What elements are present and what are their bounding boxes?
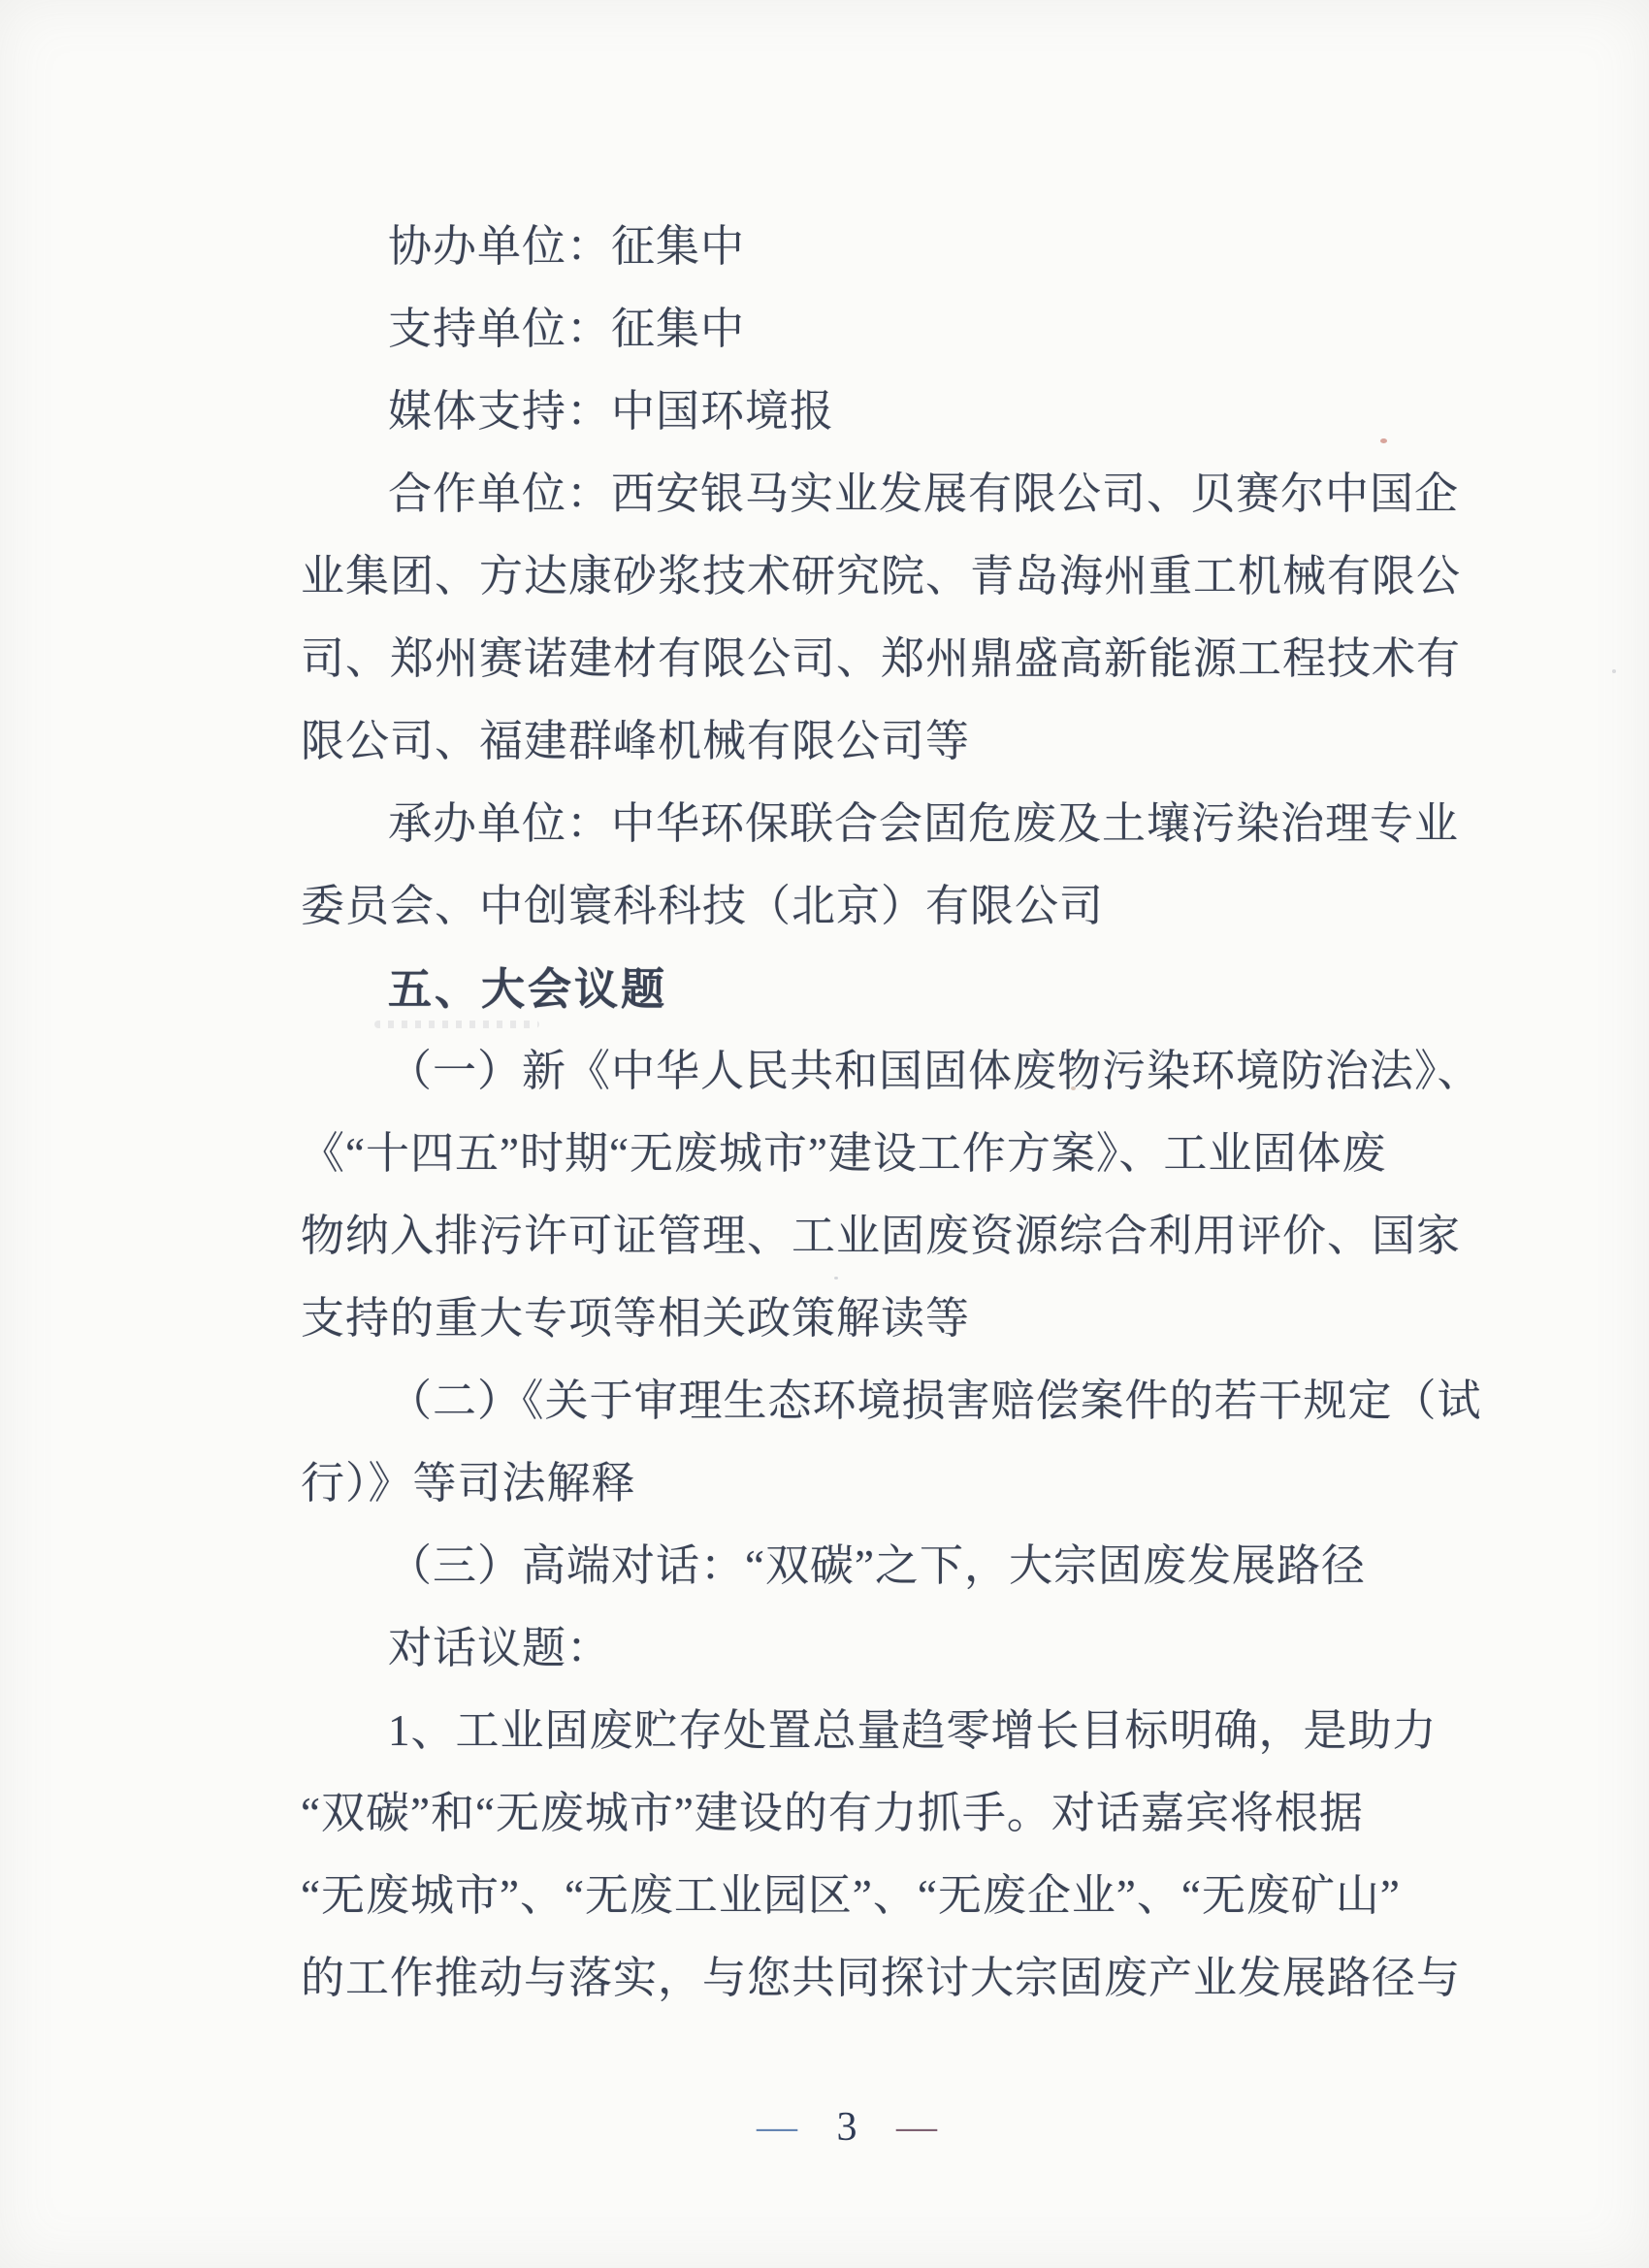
text-line: 《“十四五”时期“无废城市”建设工作方案》、工业固体废 xyxy=(301,1113,1436,1195)
text-line: （一）新《中华人民共和国固体废物污染环境防治法》、 xyxy=(301,1030,1436,1113)
scan-speck xyxy=(1612,669,1616,673)
text-line: 行）》等司法解释 xyxy=(301,1442,1436,1525)
text-line: 支持的重大专项等相关政策解读等 xyxy=(301,1278,1436,1360)
section-heading: 五、大会议题 xyxy=(301,948,1436,1030)
page-footer: — 3 — xyxy=(0,2093,1649,2161)
document-page: 协办单位：征集中支持单位：征集中媒体支持：中国环境报合作单位：西安银马实业发展有… xyxy=(0,0,1649,2268)
text-line: 协办单位：征集中 xyxy=(301,206,1436,288)
text-line: 合作单位：西安银马实业发展有限公司、贝赛尔中国企 xyxy=(301,453,1436,535)
text-line: 委员会、中创寰科科技（北京）有限公司 xyxy=(301,865,1436,948)
footer-dash-right: — xyxy=(896,2105,939,2150)
text-line: 1、工业固废贮存处置总量趋零增长目标明确，是助力 xyxy=(301,1690,1436,1772)
text-line: 司、郑州赛诺建材有限公司、郑州鼎盛高新能源工程技术有 xyxy=(301,618,1436,700)
text-line: 支持单位：征集中 xyxy=(301,288,1436,371)
page-number: 3 xyxy=(812,2105,885,2150)
text-line: “双碳”和“无废城市”建设的有力抓手。对话嘉宾将根据 xyxy=(301,1772,1436,1855)
text-line: 承办单位：中华环保联合会固危废及土壤污染治理专业 xyxy=(301,783,1436,865)
text-lines: 协办单位：征集中支持单位：征集中媒体支持：中国环境报合作单位：西安银马实业发展有… xyxy=(301,206,1436,2020)
text-line: 物纳入排污许可证管理、工业固废资源综合利用评价、国家 xyxy=(301,1195,1436,1278)
text-line: （三）高端对话：“双碳”之下，大宗固废发展路径 xyxy=(301,1525,1436,1607)
text-line: 媒体支持：中国环境报 xyxy=(301,371,1436,453)
text-line: “无废城市”、“无废工业园区”、“无废企业”、“无废矿山” xyxy=(301,1855,1436,1937)
text-line: 的工作推动与落实，与您共同探讨大宗固废产业发展路径与 xyxy=(301,1937,1436,2020)
text-line: （二）《关于审理生态环境损害赔偿案件的若干规定（试 xyxy=(301,1360,1436,1442)
text-line: 对话议题： xyxy=(301,1607,1436,1690)
text-line: 业集团、方达康砂浆技术研究院、青岛海州重工机械有限公 xyxy=(301,535,1436,618)
text-line: 限公司、福建群峰机械有限公司等 xyxy=(301,700,1436,783)
footer-dash-left: — xyxy=(757,2105,799,2150)
